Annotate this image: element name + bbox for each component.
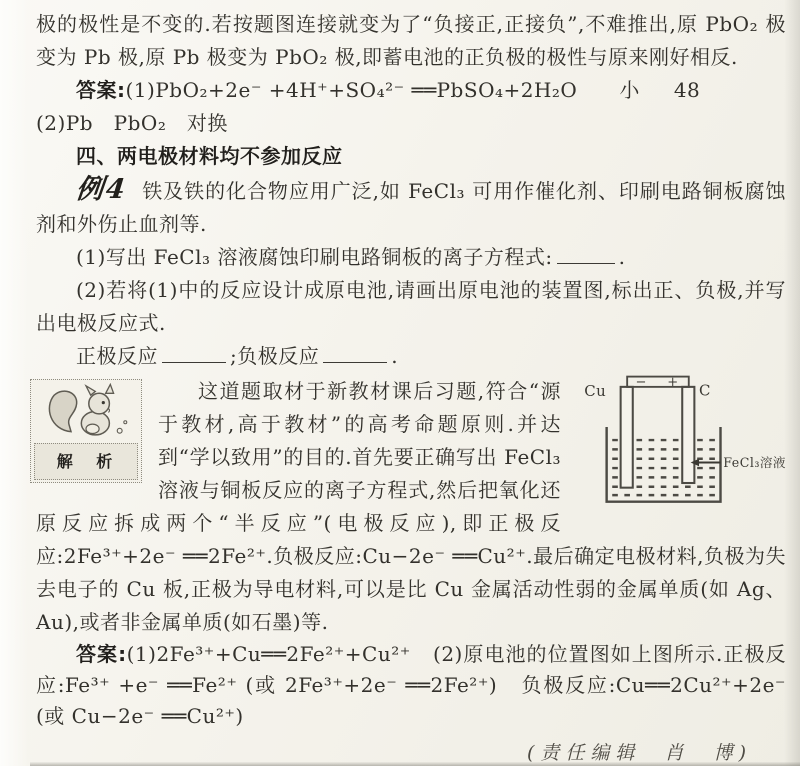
answer1-line2: (2)Pb PbO₂ 对换 — [36, 107, 786, 140]
margin-note-48: 48 — [674, 78, 700, 102]
scanned-textbook-page: 极的极性是不变的.若按题图连接就变为了“负接正,正接负”,不难推出,原 PbO₂… — [0, 0, 800, 766]
example-text: 铁及铁的化合物应用广泛,如 FeCl₃ 可用作催化剂、印刷电路铜板腐蚀剂和外伤止… — [36, 179, 786, 236]
carryover-paragraph: 极的极性是不变的.若按题图连接就变为了“负接正,正接负”,不难推出,原 PbO₂… — [36, 8, 786, 74]
positive-electrode-blank — [162, 344, 226, 363]
question-1-text: (1)写出 FeCl₃ 溶液腐蚀印刷电路铜板的离子方程式: — [76, 245, 553, 269]
section-heading: 四、两电极材料均不参加反应 — [36, 140, 786, 173]
positive-electrode-label: 正极反应 — [76, 344, 158, 368]
solution-label: FeCl₃溶液 — [723, 455, 786, 470]
diagram-plus-sign: + — [667, 375, 678, 390]
margin-note-xiao: 小 — [619, 78, 640, 102]
answer1-equation: (1)PbO₂+2e⁻ +4H⁺+SO₄²⁻ ══PbSO₄+2H₂O — [126, 78, 578, 102]
question-2-paragraph: (2)若将(1)中的反应设计成原电池,请画出原电池的装置图,标出正、负极,并写出… — [36, 274, 786, 340]
question-1-line: (1)写出 FeCl₃ 溶液腐蚀印刷电路铜板的离子方程式:. — [36, 241, 786, 274]
galvanic-cell-diagram: Cu − + C FeCl₃溶液 — [571, 371, 786, 511]
diagram-minus-sign: − — [636, 375, 647, 390]
diagram-label-c: C — [699, 381, 711, 399]
diagram-label-cu: Cu — [584, 382, 606, 400]
analysis-section: 解 析 — [36, 375, 786, 639]
answer-blank — [557, 245, 615, 264]
example-label: 例4 — [74, 173, 129, 206]
answer2-text: (1)2Fe³⁺+Cu══2Fe²⁺+Cu²⁺ (2)原电池的位置图如上图所示.… — [36, 642, 786, 728]
galvanic-cell-drawing: Cu − + C FeCl₃溶液 — [571, 371, 786, 511]
blanks-line-period: . — [391, 344, 398, 368]
negative-electrode-blank — [323, 344, 387, 363]
answer2-paragraph: 答案:(1)2Fe³⁺+Cu══2Fe²⁺+Cu²⁺ (2)原电池的位置图如上图… — [36, 639, 786, 732]
page-bottom-edge — [30, 762, 800, 766]
electrode-blanks-line: 正极反应;负极反应. — [36, 340, 786, 373]
squirrel-icon — [34, 383, 138, 441]
example-paragraph: 例4铁及铁的化合物应用广泛,如 FeCl₃ 可用作催化剂、印刷电路铜板腐蚀剂和外… — [36, 173, 786, 241]
answer1-label: 答案: — [76, 78, 126, 102]
negative-electrode-label: ;负极反应 — [230, 344, 319, 368]
carbon-electrode — [682, 387, 694, 483]
answer2-label: 答案: — [76, 642, 127, 666]
answer1-line: 答案:(1)PbO₂+2e⁻ +4H⁺+SO₄²⁻ ══PbSO₄+2H₂O小4… — [36, 74, 786, 107]
analysis-icon-box: 解 析 — [30, 379, 142, 483]
analysis-label: 解 析 — [34, 443, 138, 480]
copper-electrode — [621, 387, 633, 488]
page-content: 极的极性是不变的.若按题图连接就变为了“负接正,正接负”,不难推出,原 PbO₂… — [36, 8, 786, 766]
question-1-period: . — [619, 245, 626, 269]
